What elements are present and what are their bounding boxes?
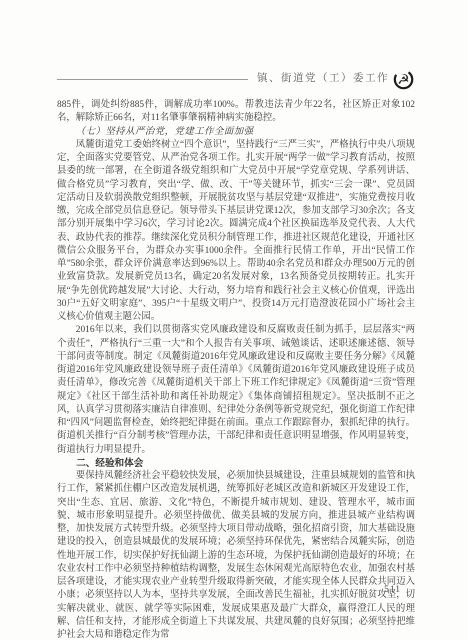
section-heading: 二、经验和体会 [57,457,415,470]
section-subheading: （七）坚持从严治党，党建工作全面加强 [57,126,415,139]
page-header: 镇、街道党（工）委工作 ☭ [57,66,415,92]
page-number: 511 [384,585,401,595]
running-header-title: 镇、街道党（工）委工作 [257,74,389,85]
party-emblem-icon: ☭ [393,68,415,90]
book-page: 镇、街道党（工）委工作 ☭ 885件，调处纠纷885件，调解成功率100%。帮教… [0,0,468,640]
svg-text:☭: ☭ [397,72,409,88]
header-rule [57,79,248,80]
body-paragraph: 要保持凤麓经济社会平稳较快发展，必须加快县城建设，注重县城规划的监管和执行工作，… [57,470,415,640]
page-body: 885件，调处纠纷885件，调解成功率100%。帮教违法青少年22名，社区矫正对… [57,99,415,640]
body-paragraph: 2016年以来，我们以贯彻落实党风廉政建设和反腐败责任制为抓手，层层落实“两个责… [57,324,415,457]
continued-paragraph: 885件，调处纠纷885件，调解成功率100%。帮教违法青少年22名，社区矫正对… [57,99,415,126]
body-paragraph: 凤麓街道党工委始终树立“四个意识”，坚持践行“三严三实”，严格执行中央八项规定，… [57,139,415,325]
